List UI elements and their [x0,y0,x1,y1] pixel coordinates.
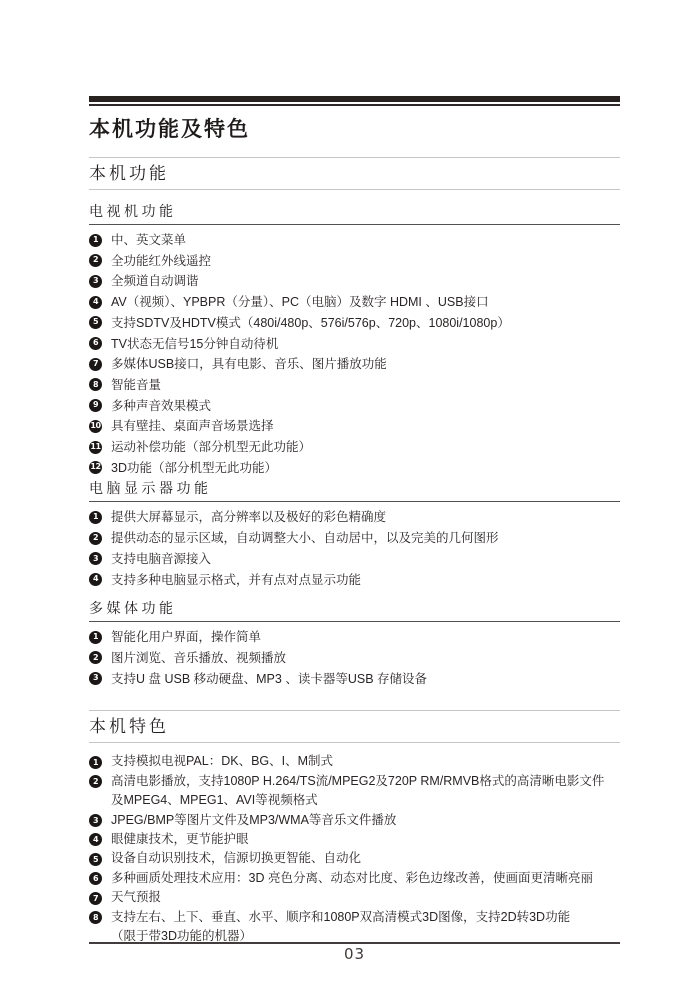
item-number-badge: 4 [89,833,102,846]
item-number-badge: 8 [89,378,102,391]
item-text: TV状态无信号15分钟自动待机 [111,334,278,355]
list-item: 1支持模拟电视PAL：DK、BG、I、M制式 [89,752,620,771]
tv-feature-list: 1中、英文菜单 2全功能红外线遥控 3全频道自动调谐 4AV（视频）、YPBPR… [89,230,620,478]
item-text: 支持SDTV及HDTV模式（480i/480p、576i/576p、720p、1… [111,313,510,334]
item-text: 高清电影播放，支持1080P H.264/TS流/MPEG2及720P RM/R… [111,772,604,811]
section-title-features: 本机特色 [89,710,620,743]
item-number-badge: 1 [89,511,102,524]
item-text: 提供大屏幕显示，高分辨率以及极好的彩色精确度 [111,507,386,528]
item-number-badge: 6 [89,337,102,350]
list-item: 2高清电影播放，支持1080P H.264/TS流/MPEG2及720P RM/… [89,772,620,811]
list-item: 7天气预报 [89,888,620,907]
pc-feature-list: 1提供大屏幕显示，高分辨率以及极好的彩色精确度 2提供动态的显示区域，自动调整大… [89,507,620,590]
list-item: 3全频道自动调谐 [89,271,620,292]
list-item: 4AV（视频）、YPBPR（分量）、PC（电脑）及数字 HDMI 、USB接口 [89,292,620,313]
item-text: 智能音量 [111,375,161,396]
item-number-badge: 3 [89,672,102,685]
list-item: 9多种声音效果模式 [89,396,620,417]
item-text: 全频道自动调谐 [111,271,199,292]
item-text: 运动补偿功能（部分机型无此功能） [111,437,311,458]
item-number-badge: 1 [89,631,102,644]
item-number-badge: 5 [89,316,102,329]
top-rule-thin [89,104,620,106]
list-item: 11运动补偿功能（部分机型无此功能） [89,437,620,458]
page-title: 本机功能及特色 [89,116,620,144]
item-text: 支持模拟电视PAL：DK、BG、I、M制式 [111,752,333,771]
item-number-badge: 2 [89,775,102,788]
item-text: 图片浏览、音乐播放、视频播放 [111,648,286,669]
section-title-functions: 本机功能 [89,157,620,190]
list-item: 7多媒体USB接口，具有电影、音乐、图片播放功能 [89,354,620,375]
item-text: 支持多种电脑显示格式，并有点对点显示功能 [111,570,361,591]
item-number-badge: 12 [89,461,102,474]
item-number-badge: 11 [89,441,102,454]
list-item: 5支持SDTV及HDTV模式（480i/480p、576i/576p、720p、… [89,313,620,334]
features-list: 1支持模拟电视PAL：DK、BG、I、M制式 2高清电影播放，支持1080P H… [89,752,620,946]
list-item: 6多种画质处理技术应用：3D 亮色分离、动态对比度、彩色边缘改善，使画面更清晰亮… [89,869,620,888]
item-text: 支持左右、上下、垂直、水平、顺序和1080P双高清模式3D图像，支持2D转3D功… [111,908,570,947]
item-number-badge: 10 [89,420,102,433]
item-number-badge: 2 [89,254,102,267]
item-number-badge: 4 [89,296,102,309]
list-item: 1提供大屏幕显示，高分辨率以及极好的彩色精确度 [89,507,620,528]
multimedia-feature-list: 1智能化用户界面，操作简单 2图片浏览、音乐播放、视频播放 3支持U 盘 USB… [89,627,620,689]
item-text: 多种画质处理技术应用：3D 亮色分离、动态对比度、彩色边缘改善，使画面更清晰亮丽 [111,869,593,888]
item-text: AV（视频）、YPBPR（分量）、PC（电脑）及数字 HDMI 、USB接口 [111,292,489,313]
subsection-title-multimedia: 多媒体功能 [89,600,620,622]
list-item: 4支持多种电脑显示格式，并有点对点显示功能 [89,570,620,591]
list-item: 2提供动态的显示区域，自动调整大小、自动居中，以及完美的几何图形 [89,528,620,549]
item-number-badge: 3 [89,814,102,827]
list-item: 10具有壁挂、桌面声音场景选择 [89,416,620,437]
list-item: 8智能音量 [89,375,620,396]
item-number-badge: 3 [89,275,102,288]
item-text: 具有壁挂、桌面声音场景选择 [111,416,274,437]
item-number-badge: 1 [89,756,102,769]
manual-page: 本机功能及特色 本机功能 电视机功能 1中、英文菜单 2全功能红外线遥控 3全频… [0,0,700,993]
item-text: 全功能红外线遥控 [111,251,211,272]
list-item: 3JPEG/BMP等图片文件及MP3/WMA等音乐文件播放 [89,811,620,830]
subsection-title-pc: 电脑显示器功能 [89,480,620,502]
top-rule-thick [89,96,620,102]
list-item: 123D功能（部分机型无此功能） [89,458,620,479]
item-text: 3D功能（部分机型无此功能） [111,458,277,479]
item-number-badge: 3 [89,552,102,565]
list-item: 3支持电脑音源接入 [89,549,620,570]
item-number-badge: 2 [89,651,102,664]
page-content: 本机功能及特色 本机功能 电视机功能 1中、英文菜单 2全功能红外线遥控 3全频… [89,0,620,946]
item-text: 支持电脑音源接入 [111,549,211,570]
page-footer: 03 [89,942,620,964]
item-text: 多媒体USB接口，具有电影、音乐、图片播放功能 [111,354,387,375]
item-number-badge: 5 [89,853,102,866]
item-number-badge: 8 [89,911,102,924]
item-number-badge: 9 [89,399,102,412]
list-item: 1中、英文菜单 [89,230,620,251]
item-text: 智能化用户界面，操作简单 [111,627,261,648]
list-item: 6TV状态无信号15分钟自动待机 [89,334,620,355]
item-text: 眼健康技术，更节能护眼 [111,830,249,849]
item-text: 天气预报 [111,888,161,907]
list-item: 3支持U 盘 USB 移动硬盘、MP3 、读卡器等USB 存储设备 [89,669,620,690]
item-text: 中、英文菜单 [111,230,186,251]
list-item: 8支持左右、上下、垂直、水平、顺序和1080P双高清模式3D图像，支持2D转3D… [89,908,620,947]
item-number-badge: 7 [89,358,102,371]
item-text: 提供动态的显示区域，自动调整大小、自动居中，以及完美的几何图形 [111,528,499,549]
list-item: 2图片浏览、音乐播放、视频播放 [89,648,620,669]
item-text: JPEG/BMP等图片文件及MP3/WMA等音乐文件播放 [111,811,396,830]
item-text: 多种声音效果模式 [111,396,211,417]
item-text: 支持U 盘 USB 移动硬盘、MP3 、读卡器等USB 存储设备 [111,669,427,690]
item-text: 设备自动识别技术，信源切换更智能、自动化 [111,849,361,868]
subsection-title-tv: 电视机功能 [89,203,620,225]
item-number-badge: 2 [89,532,102,545]
item-number-badge: 4 [89,573,102,586]
list-item: 4眼健康技术，更节能护眼 [89,830,620,849]
item-number-badge: 7 [89,892,102,905]
list-item: 5设备自动识别技术，信源切换更智能、自动化 [89,849,620,868]
item-number-badge: 1 [89,234,102,247]
list-item: 2全功能红外线遥控 [89,251,620,272]
item-number-badge: 6 [89,872,102,885]
list-item: 1智能化用户界面，操作简单 [89,627,620,648]
page-number: 03 [344,945,365,963]
